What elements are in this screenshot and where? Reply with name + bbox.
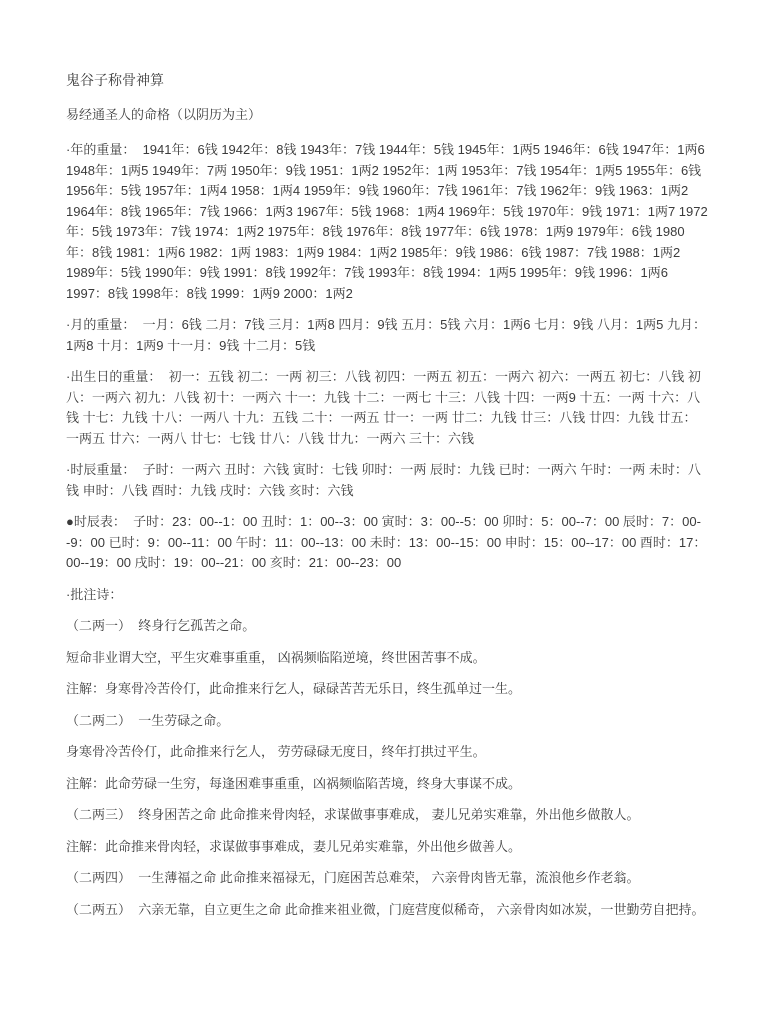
paragraph-month-weights: ·月的重量： 一月：6钱 二月：7钱 三月：1两8 四月：9钱 五月：5钱 六月…: [66, 315, 708, 356]
verse-2-3-line: （二两三） 终身困苦之命 此命推来骨肉轻，求谋做事事难成， 妻儿兄弟实难靠，外出…: [66, 805, 708, 826]
verse-2-5-line: （二两五） 六亲无靠，自立更生之命 此命推来祖业微，门庭营度似稀奇， 六亲骨肉如…: [66, 900, 708, 921]
paragraph-text: （二两五） 六亲无靠，自立更生之命 此命推来祖业微，门庭营度似稀奇， 六亲骨肉如…: [66, 902, 704, 917]
paragraph-text: 出生日的重量： 初一：五钱 初二：一两 初三：八钱 初四：一两五 初五：一两六 …: [66, 369, 701, 446]
verse-2-1-note: 注解：身寒骨冷苦伶仃，此命推来行乞人，碌碌苦苦无乐日，终生孤单过一生。: [66, 679, 708, 700]
circle-bullet-icon: ●: [66, 514, 74, 529]
paragraph-day-weights: ·出生日的重量： 初一：五钱 初二：一两 初三：八钱 初四：一两五 初五：一两六…: [66, 367, 708, 449]
document-subtitle: 易经通圣人的命格（以阴历为主）: [66, 105, 708, 126]
verse-2-4-line: （二两四） 一生薄福之命 此命推来福禄无，门庭困苦总难荣， 六亲骨肉皆无靠，流浪…: [66, 868, 708, 889]
paragraph-text: （二两一） 终身行乞孤苦之命。: [66, 618, 255, 633]
paragraph-text: 短命非业谓大空，平生灾难事重重， 凶祸频临陷逆境，终世困苦事不成。: [66, 650, 486, 665]
paragraph-text: 注解：身寒骨冷苦伶仃，此命推来行乞人，碌碌苦苦无乐日，终生孤单过一生。: [66, 681, 521, 696]
paragraph-text: 批注诗：: [70, 587, 122, 602]
document-page: 鬼谷子称骨神算 易经通圣人的命格（以阴历为主） ·年的重量： 1941年：6钱 …: [0, 0, 768, 1024]
verse-2-1-poem: 短命非业谓大空，平生灾难事重重， 凶祸频临陷逆境，终世困苦事不成。: [66, 648, 708, 669]
verse-2-2-poem: 身寒骨冷苦伶仃，此命推来行乞人， 劳劳碌碌无度日，终年打拱过平生。: [66, 742, 708, 763]
paragraph-text: （二两三） 终身困苦之命 此命推来骨肉轻，求谋做事事难成， 妻儿兄弟实难靠，外出…: [66, 807, 639, 822]
paragraph-hour-weights: ·时辰重量： 子时：一两六 丑时：六钱 寅时：七钱 卯时：一两 辰时：九钱 已时…: [66, 460, 708, 501]
paragraph-hour-table: ●时辰表： 子时：23：00--1：00 丑时：1：00--3：00 寅时：3：…: [66, 512, 708, 574]
paragraph-text: 时辰表： 子时：23：00--1：00 丑时：1：00--3：00 寅时：3：0…: [66, 514, 706, 570]
paragraph-text: （二两二） 一生劳碌之命。: [66, 713, 229, 728]
document-content: 鬼谷子称骨神算 易经通圣人的命格（以阴历为主） ·年的重量： 1941年：6钱 …: [0, 0, 768, 920]
paragraph-text: 年的重量： 1941年：6钱 1942年：8钱 1943年：7钱 1944年：5…: [66, 142, 708, 301]
verse-2-2-note: 注解：此命劳碌一生穷，每逢困难事重重，凶祸频临陷苦境，终身大事谋不成。: [66, 774, 708, 795]
document-title: 鬼谷子称骨神算: [66, 70, 708, 91]
paragraph-text: 身寒骨冷苦伶仃，此命推来行乞人， 劳劳碌碌无度日，终年打拱过平生。: [66, 744, 486, 759]
paragraph-text: （二两四） 一生薄福之命 此命推来福禄无，门庭困苦总难荣， 六亲骨肉皆无靠，流浪…: [66, 870, 639, 885]
verse-2-2-title: （二两二） 一生劳碌之命。: [66, 711, 708, 732]
verse-2-3-note: 注解：此命推来骨肉轻，求谋做事事难成，妻儿兄弟实难靠，外出他乡做善人。: [66, 837, 708, 858]
verse-section-heading: ·批注诗：: [66, 585, 708, 606]
paragraph-year-weights: ·年的重量： 1941年：6钱 1942年：8钱 1943年：7钱 1944年：…: [66, 140, 708, 304]
paragraph-text: 月的重量： 一月：6钱 二月：7钱 三月：1两8 四月：9钱 五月：5钱 六月：…: [66, 317, 706, 353]
paragraph-text: 注解：此命推来骨肉轻，求谋做事事难成，妻儿兄弟实难靠，外出他乡做善人。: [66, 839, 521, 854]
verse-2-1-title: （二两一） 终身行乞孤苦之命。: [66, 616, 708, 637]
paragraph-text: 注解：此命劳碌一生穷，每逢困难事重重，凶祸频临陷苦境，终身大事谋不成。: [66, 776, 521, 791]
paragraph-text: 时辰重量： 子时：一两六 丑时：六钱 寅时：七钱 卯时：一两 辰时：九钱 已时：…: [66, 462, 701, 498]
